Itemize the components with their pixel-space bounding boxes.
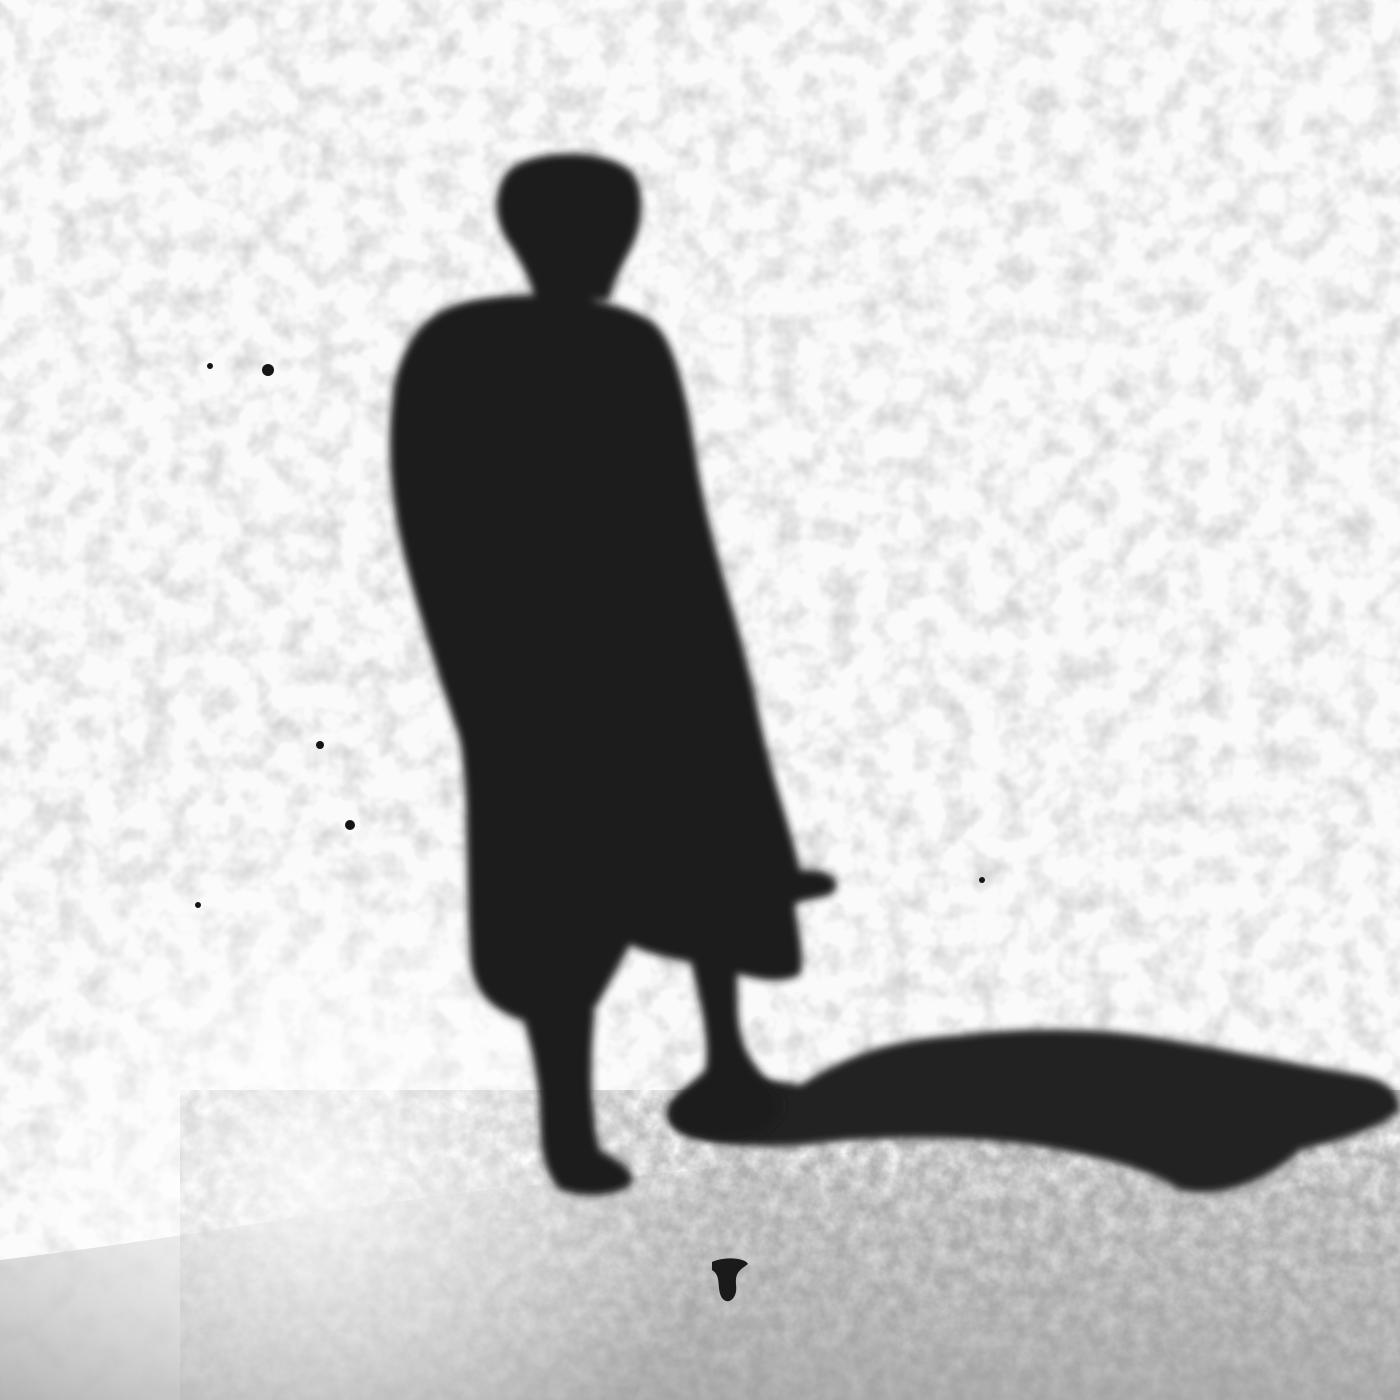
- photo-scene: [0, 0, 1400, 1400]
- light-haze: [0, 600, 900, 1400]
- photo-canvas: [0, 0, 1400, 1400]
